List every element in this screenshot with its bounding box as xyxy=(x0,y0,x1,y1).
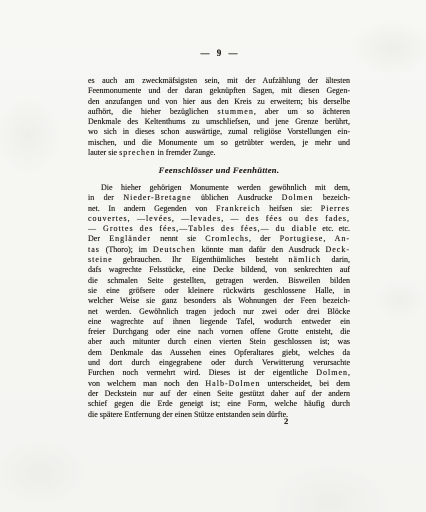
body-text: , xyxy=(348,368,350,377)
body-text: den anzufangen und von hier aus den Krei… xyxy=(88,97,350,106)
body-text: aber auch mitunter durch einen vierten S… xyxy=(88,337,350,346)
body-text: üblichen Ausdrucke xyxy=(192,193,282,202)
emphasized-spaced-text: Frankreich xyxy=(216,204,261,213)
body-text: etc. etc. xyxy=(317,224,350,233)
body-text: heifsen sie: xyxy=(261,204,321,213)
body-text: mischen, und die Monumente um so getrübt… xyxy=(88,138,350,147)
text-line: net werden. Gewöhnlich tragen jedoch nur… xyxy=(88,307,350,317)
text-line: dafs wagrechte Felsstücke, eine Decke bi… xyxy=(88,265,350,275)
text-line: Furchen noch vermehrt wird. Dieses ist d… xyxy=(88,368,350,378)
text-line: aufhört, die hieher bezüglichen stummen,… xyxy=(88,107,350,117)
emphasized-spaced-text: sprechen xyxy=(119,148,155,157)
text-line: lauter sie sprechen in fremder Zunge. xyxy=(88,148,350,158)
body-text: es auch am zweckmäfsigsten sein, mit der… xyxy=(88,76,350,85)
body-text: die schmalen Seite gestellten, getragen … xyxy=(88,276,350,285)
text-line: mischen, und die Monumente um so getrübt… xyxy=(88,138,350,148)
emphasized-spaced-text: couvertes, —levées, —levades, — des fées… xyxy=(88,214,350,223)
body-text: welcher Weise sie ganz besonders als Woh… xyxy=(88,296,350,305)
body-text: der Deckstein nur auf der einen Seite ge… xyxy=(88,389,350,398)
text-line: steine gebrauchen. Ihr Eigenthümliches b… xyxy=(88,255,350,265)
body-text: aufhört, die hieher bezüglichen xyxy=(88,107,217,116)
body-text: Der xyxy=(88,234,109,243)
text-line: von welchem man noch den Halb-Dolmen unt… xyxy=(88,379,350,389)
emphasized-spaced-text: Dolmen xyxy=(282,193,314,202)
body-text: die spätere Entfernung der einen Stütze … xyxy=(88,410,288,419)
text-line: die schmalen Seite gestellten, getragen … xyxy=(88,276,350,286)
chapter-heading: Feenschlösser und Feenhütten. xyxy=(88,165,350,175)
body-text: in der xyxy=(88,193,123,202)
book-page-scan: — 9 — es auch am zweckmäfsigsten sein, m… xyxy=(0,0,426,512)
body-text: Die hieher gehörigen Monumente werden ge… xyxy=(101,183,350,192)
text-line: sie eine gröfsere oder kleinere rückwärt… xyxy=(88,286,350,296)
body-text: und dort durch eingegrabene oder durch V… xyxy=(88,358,350,367)
body-text: net werden. Gewöhnlich tragen jedoch nur… xyxy=(88,307,350,316)
body-text: dem Denkmale das Aussehen eines Opferalt… xyxy=(88,348,350,357)
text-line: Der Engländer nennt sie Cromlechs, der P… xyxy=(88,234,350,244)
text-line: dem Denkmale das Aussehen eines Opferalt… xyxy=(88,348,350,358)
body-text: gebrauchen. Ihr Eigenthümliches besteht xyxy=(113,255,289,264)
emphasized-spaced-text: Halb-Dolmen xyxy=(205,379,260,388)
body-text: nennt sie xyxy=(151,234,205,243)
emphasized-spaced-text: An- xyxy=(335,234,350,243)
paragraph-2: Die hieher gehörigen Monumente werden ge… xyxy=(88,183,350,420)
emphasized-spaced-text: — Grottes des fées,—Tables des fées,— du… xyxy=(88,224,317,233)
text-line: net. In andern Gegenden von Frankreich h… xyxy=(88,204,350,214)
body-text: eine wagrechte auf ihnen liegende Tafel,… xyxy=(88,317,350,326)
text-line: welcher Weise sie ganz besonders als Woh… xyxy=(88,296,350,306)
text-line: Feenmonumente und der daran geknüpften S… xyxy=(88,86,350,96)
body-text: , der xyxy=(249,234,280,243)
body-text: Feenmonumente und der daran geknüpften S… xyxy=(88,86,350,95)
text-line: den anzufangen und von hier aus den Krei… xyxy=(88,97,350,107)
text-line: couvertes, —levées, —levades, — des fées… xyxy=(88,214,350,224)
page-number: — 9 — xyxy=(88,48,350,58)
body-text: Denkmale des Keltenthums zu umschliefsen… xyxy=(88,117,350,126)
paragraph-1: es auch am zweckmäfsigsten sein, mit der… xyxy=(88,76,350,158)
emphasized-spaced-text: Nieder-Bretagne xyxy=(123,193,191,202)
body-text: in fremder Zunge. xyxy=(156,148,216,157)
text-line: die spätere Entfernung der einen Stütze … xyxy=(88,410,350,420)
text-line: — Grottes des fées,—Tables des fées,— du… xyxy=(88,224,350,234)
body-text: bezeich- xyxy=(313,193,350,202)
emphasized-spaced-text: Dolmen xyxy=(316,368,348,377)
text-line: freier Durchgang oder eine nach vornen o… xyxy=(88,327,350,337)
emphasized-spaced-text: tas xyxy=(88,245,100,254)
emphasized-spaced-text: Cromlechs xyxy=(205,234,249,243)
emphasized-spaced-text: Portugiese xyxy=(280,234,324,243)
body-text: sie eine gröfsere oder kleinere rückwärt… xyxy=(88,286,350,295)
emphasized-spaced-text: Deck- xyxy=(325,245,350,254)
text-line: tas (Thoro); im Deutschen könnte man daf… xyxy=(88,245,350,255)
text-line: aber auch mitunter durch einen vierten S… xyxy=(88,337,350,347)
emphasized-spaced-text: steine xyxy=(88,255,113,264)
text-line: Die hieher gehörigen Monumente werden ge… xyxy=(88,183,350,193)
signature-mark: 2 xyxy=(284,416,288,426)
text-line: schief gegen die Erde geneigt ist; eine … xyxy=(88,399,350,409)
body-text: lauter sie xyxy=(88,148,119,157)
emphasized-spaced-text: stummen xyxy=(217,107,253,116)
text-line: eine wagrechte auf ihnen liegende Tafel,… xyxy=(88,317,350,327)
body-text: schief gegen die Erde geneigt ist; eine … xyxy=(88,399,350,408)
body-text: unterscheidet, bei dem xyxy=(260,379,350,388)
body-text: von welchem man noch den xyxy=(88,379,205,388)
text-line: in der Nieder-Bretagne üblichen Ausdruck… xyxy=(88,193,350,203)
body-text: könnte man dafür den Ausdruck xyxy=(196,245,326,254)
text-line: und dort durch eingegrabene oder durch V… xyxy=(88,358,350,368)
body-text: dafs wagrechte Felsstücke, eine Decke bi… xyxy=(88,265,350,274)
body-text: wo sich in dieses schon auswärtige, zuma… xyxy=(88,127,350,136)
emphasized-spaced-text: Pierres xyxy=(321,204,350,213)
text-line: es auch am zweckmäfsigsten sein, mit der… xyxy=(88,76,350,86)
emphasized-spaced-text: Deutschen xyxy=(153,245,196,254)
emphasized-spaced-text: nämlich xyxy=(289,255,322,264)
body-text: (Thoro); im xyxy=(100,245,153,254)
body-text: net. In andern Gegenden von xyxy=(88,204,216,213)
text-line: der Deckstein nur auf der einen Seite ge… xyxy=(88,389,350,399)
body-text: Furchen noch vermehrt wird. Dieses ist d… xyxy=(88,368,316,377)
body-text: freier Durchgang oder eine nach vornen o… xyxy=(88,327,350,336)
body-text: , aber um so ächteren xyxy=(254,107,350,116)
text-line: wo sich in dieses schon auswärtige, zuma… xyxy=(88,127,350,137)
text-line: Denkmale des Keltenthums zu umschliefsen… xyxy=(88,117,350,127)
body-text: , xyxy=(323,234,334,243)
body-text: darin, xyxy=(321,255,350,264)
emphasized-spaced-text: Engländer xyxy=(109,234,151,243)
